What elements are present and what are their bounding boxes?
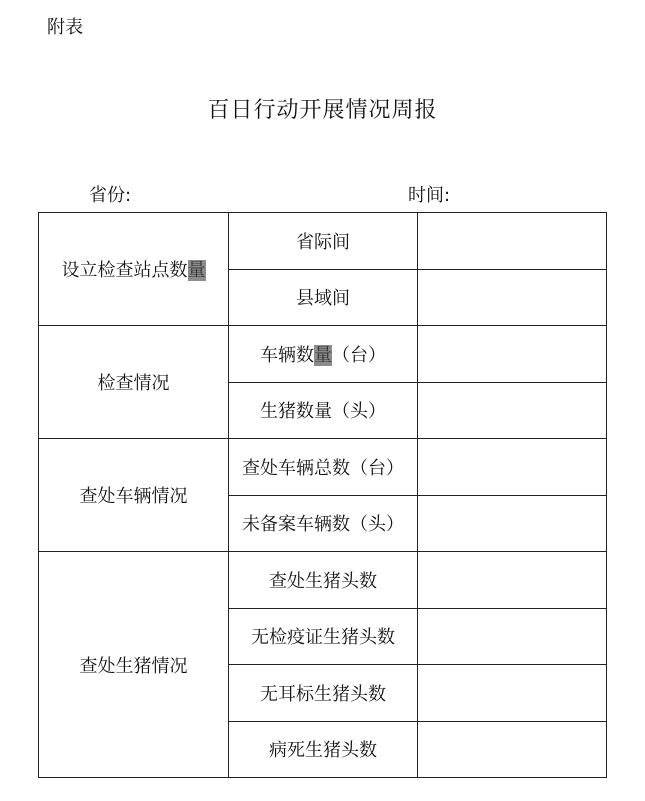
- value-cell[interactable]: [418, 721, 607, 778]
- weekly-report-table: 设立检查站点数量 省际间 县域间 检查情况 车辆数量（台） 生猪数量（头） 查处…: [38, 212, 607, 778]
- value-cell[interactable]: [418, 213, 607, 270]
- item-label-cell: 车辆数量（台）: [229, 326, 418, 383]
- highlighted-text: 量: [188, 260, 206, 281]
- category-label: 设立检查站点数: [62, 260, 188, 281]
- table-row: 检查情况 车辆数量（台）: [39, 326, 607, 383]
- category-cell-inspection: 检查情况: [39, 326, 229, 439]
- item-label-cell: 无检疫证生猪头数: [229, 608, 418, 665]
- item-label-cell: 县域间: [229, 269, 418, 326]
- value-cell[interactable]: [418, 439, 607, 496]
- value-cell[interactable]: [418, 269, 607, 326]
- item-label-cell: 生猪数量（头）: [229, 382, 418, 439]
- highlighted-text: 量: [314, 345, 332, 366]
- item-label-cell: 查处车辆总数（台）: [229, 439, 418, 496]
- value-cell[interactable]: [418, 382, 607, 439]
- item-label-cell: 病死生猪头数: [229, 721, 418, 778]
- page-title: 百日行动开展情况周报: [0, 93, 645, 124]
- item-label-cell: 省际间: [229, 213, 418, 270]
- appendix-label: 附表: [47, 13, 83, 39]
- time-label: 时间:: [408, 181, 450, 207]
- item-label: 车辆数: [260, 345, 314, 366]
- table-row: 查处车辆情况 查处车辆总数（台）: [39, 439, 607, 496]
- value-cell[interactable]: [418, 326, 607, 383]
- province-label: 省份:: [89, 181, 131, 207]
- category-cell-pigs: 查处生猪情况: [39, 552, 229, 778]
- category-cell-stations: 设立检查站点数量: [39, 213, 229, 326]
- item-label-cell: 未备案车辆数（头）: [229, 495, 418, 552]
- item-label-cell: 无耳标生猪头数: [229, 665, 418, 722]
- table-row: 查处生猪情况 查处生猪头数: [39, 552, 607, 609]
- value-cell[interactable]: [418, 495, 607, 552]
- item-unit: （台）: [332, 345, 386, 366]
- table-row: 设立检查站点数量 省际间: [39, 213, 607, 270]
- value-cell[interactable]: [418, 552, 607, 609]
- item-label-cell: 查处生猪头数: [229, 552, 418, 609]
- category-cell-vehicles: 查处车辆情况: [39, 439, 229, 552]
- value-cell[interactable]: [418, 608, 607, 665]
- value-cell[interactable]: [418, 665, 607, 722]
